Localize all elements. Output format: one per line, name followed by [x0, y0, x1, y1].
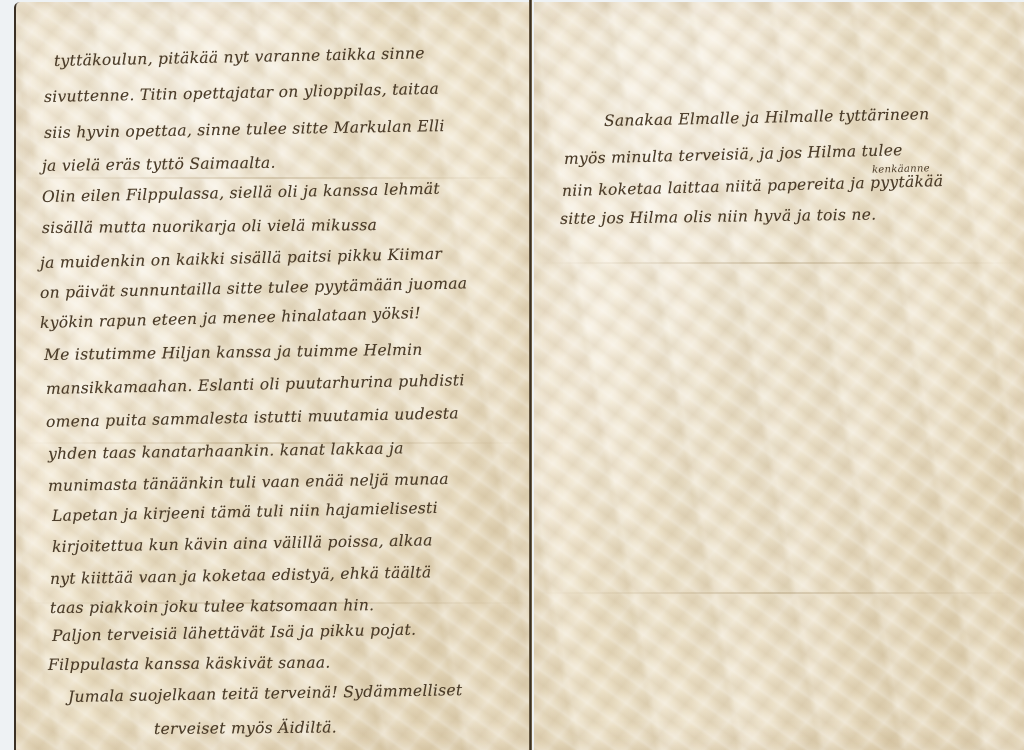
letter-scan: tyttäkoulun, pitäkää nyt varanne taikka …: [0, 0, 1024, 750]
letter-line: tyttäkoulun, pitäkää nyt varanne taikka …: [54, 44, 425, 70]
left-letter-page: tyttäkoulun, pitäkää nyt varanne taikka …: [14, 2, 532, 750]
letter-line: taas piakkoin joku tulee katsomaan hin.: [50, 596, 375, 617]
letter-line: kyökin rapun eteen ja menee hinalataan y…: [40, 304, 421, 332]
letter-line: ja muidenkin on kaikki sisällä paitsi pi…: [40, 245, 443, 272]
letter-line: siis hyvin opettaa, sinne tulee sitte Ma…: [44, 117, 445, 142]
letter-line: omena puita sammalesta istutti muutamia …: [46, 404, 459, 431]
right-letter-page: Sanakaa Elmalle ja Hilmalle tyttärineen …: [534, 2, 1024, 750]
letter-line: nyt kiittää vaan ja koketaa edistyä, ehk…: [50, 563, 432, 588]
letter-signature: terveiset myös Äidiltä.: [154, 718, 337, 738]
center-fold: [529, 0, 532, 750]
letter-line: kirjoitettua kun kävin aina välillä pois…: [52, 531, 433, 556]
letter-line: munimasta tänäänkin tuli vaan enää neljä…: [48, 470, 449, 495]
letter-line: Sanakaa Elmalle ja Hilmalle tyttärineen: [604, 105, 930, 130]
letter-line: Me istutimme Hiljan kanssa ja tuimme Hel…: [44, 341, 423, 364]
letter-line: mansikkamaahan. Eslanti oli puutarhurina…: [46, 371, 465, 398]
letter-line: ja vielä eräs tyttö Saimaalta.: [42, 154, 276, 175]
letter-line: Paljon terveisiä lähettävät Isä ja pikku…: [52, 621, 417, 645]
letter-line: sitte jos Hilma olis niin hyvä ja tois n…: [560, 206, 877, 228]
letter-line: Lapetan ja kirjeeni tämä tuli niin hajam…: [52, 499, 438, 525]
right-page-text: Sanakaa Elmalle ja Hilmalle tyttärineen …: [534, 2, 1024, 750]
letter-line: myös minulta terveisiä, ja jos Hilma tul…: [564, 141, 903, 168]
letter-line: sisällä mutta nuorikarja oli vielä mikus…: [42, 216, 377, 237]
left-page-text: tyttäkoulun, pitäkää nyt varanne taikka …: [34, 2, 534, 750]
letter-line: Filppulasta kanssa käskivät sanaa.: [48, 654, 331, 674]
letter-line: on päivät sunnuntailla sitte tulee pyytä…: [40, 274, 468, 302]
letter-line: sivuttenne. Titin opettajatar on ylioppi…: [44, 80, 439, 106]
letter-line: Olin eilen Filppulassa, siellä oli ja ka…: [42, 180, 440, 206]
letter-closing: Jumala suojelkaan teitä terveinä! Sydämm…: [68, 681, 463, 706]
letter-line: niin koketaa laittaa niitä papereita ja …: [562, 172, 944, 200]
letter-line: yhden taas kanatarhaankin. kanat lakkaa …: [48, 439, 404, 463]
